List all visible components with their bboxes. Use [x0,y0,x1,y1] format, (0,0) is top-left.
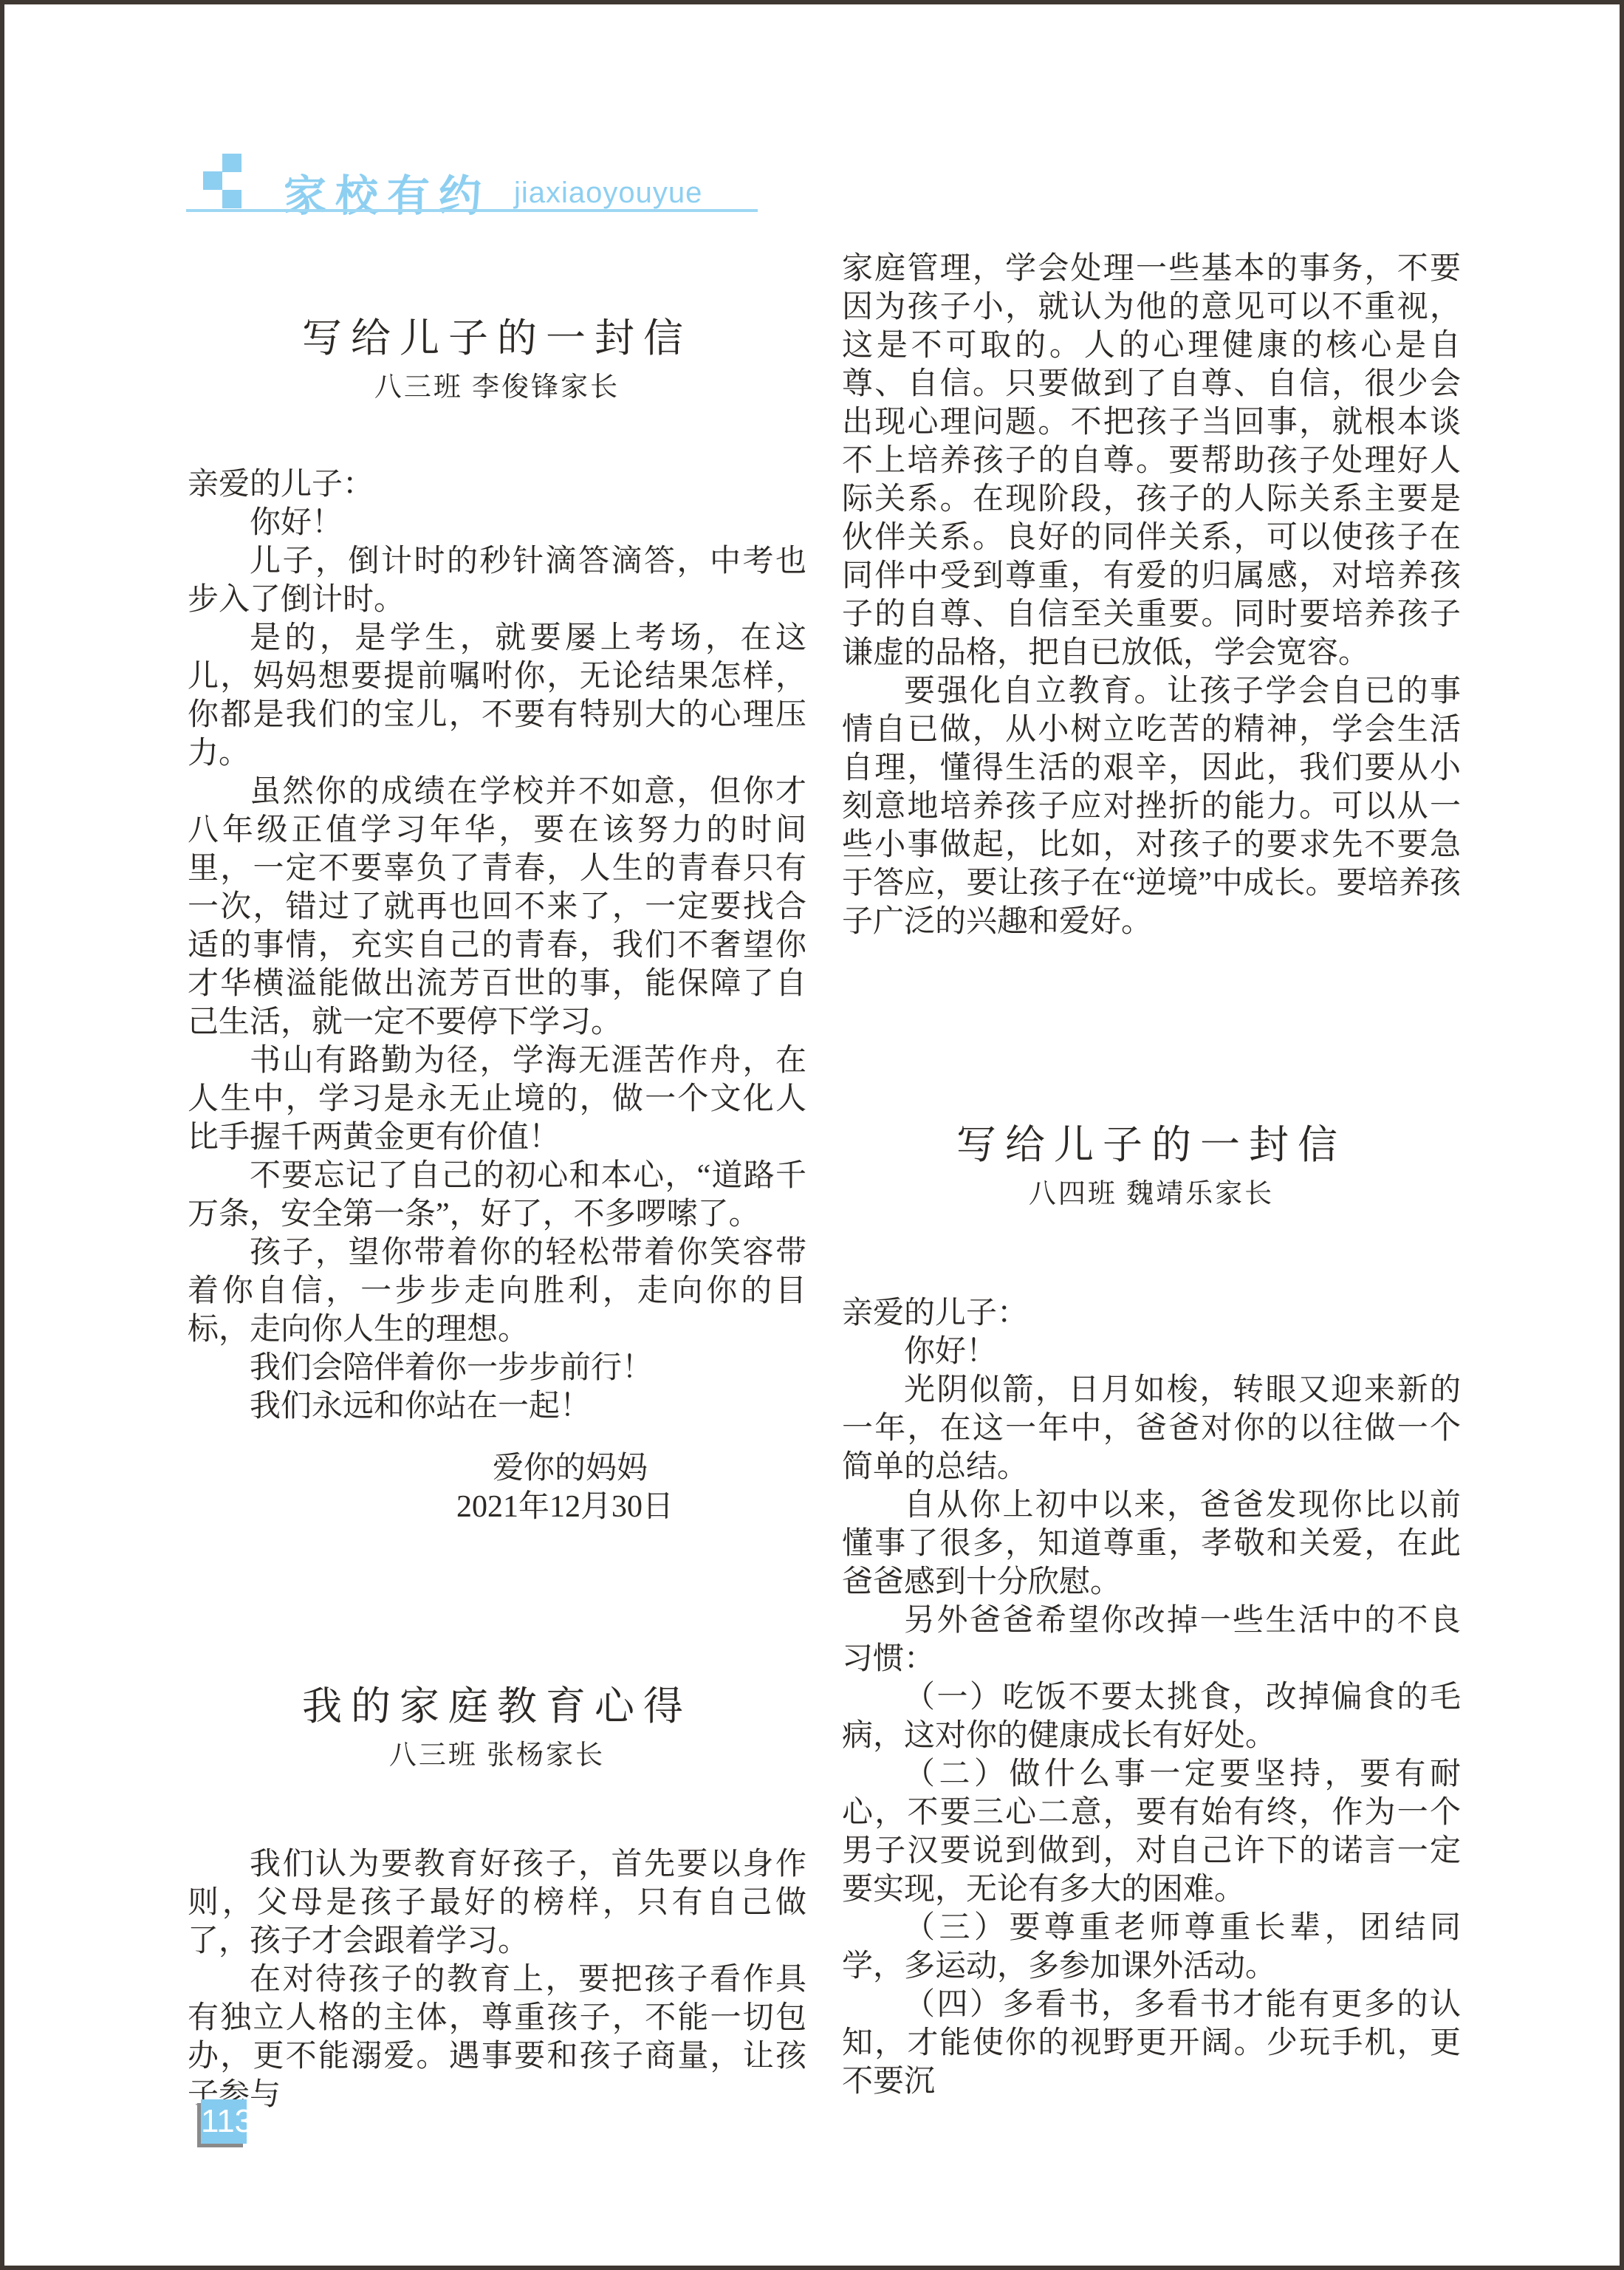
letter1-paragraph: 孩子，望你带着你的轻松带着你笑容带着你自信，一步步走向胜利，走向你的目标，走向你… [188,1234,806,1349]
essay-heading: 我的家庭教育心得 八三班 张杨家长 [188,1683,806,1776]
essay-paragraph: 在对待孩子的教育上，要把孩子看作具有独立人格的主体，尊重孩子，不能一切包办，更不… [188,1960,806,2114]
letter2-paragraph: （四）多看书，多看书才能有更多的认知，才能使你的视野更开阔。少玩手机，更不要沉 [842,1986,1461,2101]
letter2-paragraph: 你好！ [842,1333,1461,1371]
letter2-paragraph: 另外爸爸希望你改掉一些生活中的不良习惯： [842,1601,1461,1678]
letter1-paragraph: 不要忘记了自己的初心和本心，“道路千万条，安全第一条”，好了，不多啰嗦了。 [188,1157,806,1234]
page-number-badge: 113 [201,2099,247,2144]
letter1-signature: 爱你的妈妈 [188,1449,806,1488]
letter1-byline: 八三班 李俊锋家长 [188,368,806,408]
letter2-byline: 八四班 魏靖乐家长 [842,1175,1461,1214]
letter1-heading: 写给儿子的一封信 八三班 李俊锋家长 [188,315,806,408]
continuation-paragraph: 要强化自立教育。让孩子学会自已的事情自已做，从小树立吃苦的精神，学会生活自理，懂… [842,672,1461,941]
section-banner-pinyin: jiaxiaoyouyue [514,177,702,210]
letter2-title: 写给儿子的一封信 [842,1121,1461,1169]
letter1-paragraph: 是的，是学生，就要屡上考场，在这儿，妈妈想要提前嘱咐你，无论结果怎样，你都是我们… [188,619,806,773]
logo-square-bottom [222,190,241,208]
section-banner-title: 家校有约 [284,161,490,223]
letter1-closing: 爱你的妈妈 2021年12月30日 [188,1449,806,1526]
logo-square-middle [203,171,222,190]
banner-underline [186,209,758,212]
essay-paragraph: 我们认为要教育好孩子，首先要以身作则，父母是孩子最好的榜样，只有自己做了，孩子才… [188,1845,806,1960]
continuation-body: 家庭管理，学会处理一些基本的事务，不要因为孩子小，就认为他的意见可以不重视，这是… [842,250,1461,941]
letter1-body: 亲爱的儿子： 你好！ 儿子，倒计时的秒针滴答滴答，中考也步入了倒计时。 是的，是… [188,465,806,1426]
letter1-paragraph: 书山有路勤为径，学海无涯苦作舟，在人生中，学习是永无止境的，做一个文化人比手握千… [188,1042,806,1157]
letter1-salutation: 亲爱的儿子： [188,465,806,504]
letter2-paragraph: （二）做什么事一定要坚持，要有耐心，不要三心二意，要有始有终，作为一个男子汉要说… [842,1755,1461,1909]
letter2-heading: 写给儿子的一封信 八四班 魏靖乐家长 [842,1121,1461,1214]
essay-body: 我们认为要教育好孩子，首先要以身作则，父母是孩子最好的榜样，只有自己做了，孩子才… [188,1845,806,2114]
letter1-date: 2021年12月30日 [188,1488,806,1526]
letter1-paragraph: 我们永远和你站在一起！ [188,1387,806,1426]
logo-square-top [222,154,241,172]
letter1-paragraph: 儿子，倒计时的秒针滴答滴答，中考也步入了倒计时。 [188,542,806,619]
letter2-paragraph: （一）吃饭不要太挑食，改掉偏食的毛病，这对你的健康成长有好处。 [842,1678,1461,1755]
checker-squares-icon [203,154,241,210]
letter1-paragraph: 你好！ [188,504,806,542]
letter1-paragraph: 我们会陪伴着你一步步前行！ [188,1349,806,1387]
essay-byline: 八三班 张杨家长 [188,1736,806,1776]
continuation-paragraph: 家庭管理，学会处理一些基本的事务，不要因为孩子小，就认为他的意见可以不重视，这是… [842,250,1461,672]
magazine-page: 家校有约 jiaxiaoyouyue 写给儿子的一封信 八三班 李俊锋家长 亲爱… [0,0,1624,2270]
letter2-paragraph: （三）要尊重老师尊重长辈，团结同学，多运动，多参加课外活动。 [842,1909,1461,1986]
letter2-salutation: 亲爱的儿子： [842,1294,1461,1333]
letter2-paragraph: 光阴似箭，日月如梭，转眼又迎来新的一年，在这一年中，爸爸对你的以往做一个简单的总… [842,1371,1461,1486]
letter2-paragraph: 自从你上初中以来，爸爸发现你比以前懂事了很多，知道尊重，孝敬和关爱，在此爸爸感到… [842,1486,1461,1601]
letter1-title: 写给儿子的一封信 [188,315,806,362]
letter1-paragraph: 虽然你的成绩在学校并不如意，但你才八年级正值学习年华，要在该努力的时间里，一定不… [188,773,806,1042]
letter2-body: 亲爱的儿子： 你好！ 光阴似箭，日月如梭，转眼又迎来新的一年，在这一年中，爸爸对… [842,1294,1461,2101]
essay-title: 我的家庭教育心得 [188,1683,806,1730]
